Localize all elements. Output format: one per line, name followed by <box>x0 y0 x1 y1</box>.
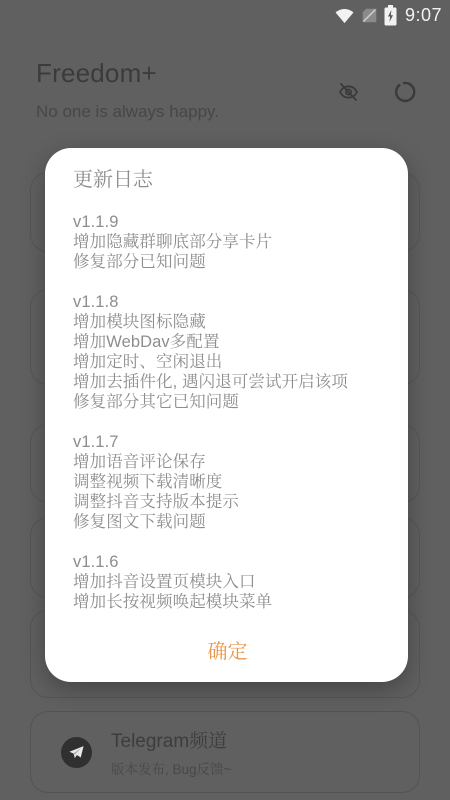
change-line: 增加语音评论保存 <box>73 452 382 472</box>
version-label: v1.1.7 <box>73 432 382 452</box>
app-screen: { "status_bar": { "time": "9:07", "icons… <box>0 0 450 800</box>
update-log-dialog: 更新日志 v1.1.9增加隐藏群聊底部分享卡片修复部分已知问题v1.1.8增加模… <box>45 148 408 682</box>
confirm-button[interactable]: 确定 <box>198 638 258 666</box>
sim-off-icon <box>361 7 378 24</box>
version-label: v1.1.9 <box>73 212 382 232</box>
battery-charging-icon <box>384 5 397 26</box>
changelog-section: v1.1.6增加抖音设置页模块入口增加长按视频唤起模块菜单 <box>73 552 382 612</box>
changelog-section: v1.1.9增加隐藏群聊底部分享卡片修复部分已知问题 <box>73 212 382 272</box>
dialog-title: 更新日志 <box>73 168 382 192</box>
app-subtitle: No one is always happy. <box>36 102 420 122</box>
version-label: v1.1.6 <box>73 552 382 572</box>
telegram-card-subtitle: 版本发布, Bug反馈~ <box>111 758 231 778</box>
wifi-icon <box>334 7 355 24</box>
telegram-channel-card[interactable]: Telegram频道 版本发布, Bug反馈~ <box>30 711 420 793</box>
app-header: Freedom+ No one is always happy. <box>36 58 420 122</box>
hide-eye-off-icon[interactable] <box>335 80 362 104</box>
status-time: 9:07 <box>405 5 442 26</box>
change-line: 增加定时、空闲退出 <box>73 352 382 372</box>
change-line: 修复部分已知问题 <box>73 252 382 272</box>
change-line: 增加隐藏群聊底部分享卡片 <box>73 232 382 252</box>
change-line: 调整视频下载清晰度 <box>73 472 382 492</box>
refresh-icon[interactable] <box>392 80 416 104</box>
change-line: 修复部分其它已知问题 <box>73 392 382 412</box>
change-line: 调整抖音支持版本提示 <box>73 492 382 512</box>
changelog-section: v1.1.8增加模块图标隐藏增加WebDav多配置增加定时、空闲退出增加去插件化… <box>73 292 382 412</box>
change-line: 增加模块图标隐藏 <box>73 312 382 332</box>
changelog-sections: v1.1.9增加隐藏群聊底部分享卡片修复部分已知问题v1.1.8增加模块图标隐藏… <box>73 192 382 612</box>
change-line: 增加抖音设置页模块入口 <box>73 572 382 592</box>
telegram-card-title: Telegram频道 <box>111 726 231 753</box>
version-label: v1.1.8 <box>73 292 382 312</box>
change-line: 修复图文下载问题 <box>73 512 382 532</box>
status-bar: 9:07 <box>0 0 450 30</box>
change-line: 增加WebDav多配置 <box>73 332 382 352</box>
changelog-section: v1.1.7增加语音评论保存调整视频下载清晰度调整抖音支持版本提示修复图文下载问… <box>73 432 382 532</box>
change-line: 增加长按视频唤起模块菜单 <box>73 592 382 612</box>
change-line: 增加去插件化, 遇闪退可尝试开启该项 <box>73 372 382 392</box>
telegram-icon <box>61 737 92 768</box>
